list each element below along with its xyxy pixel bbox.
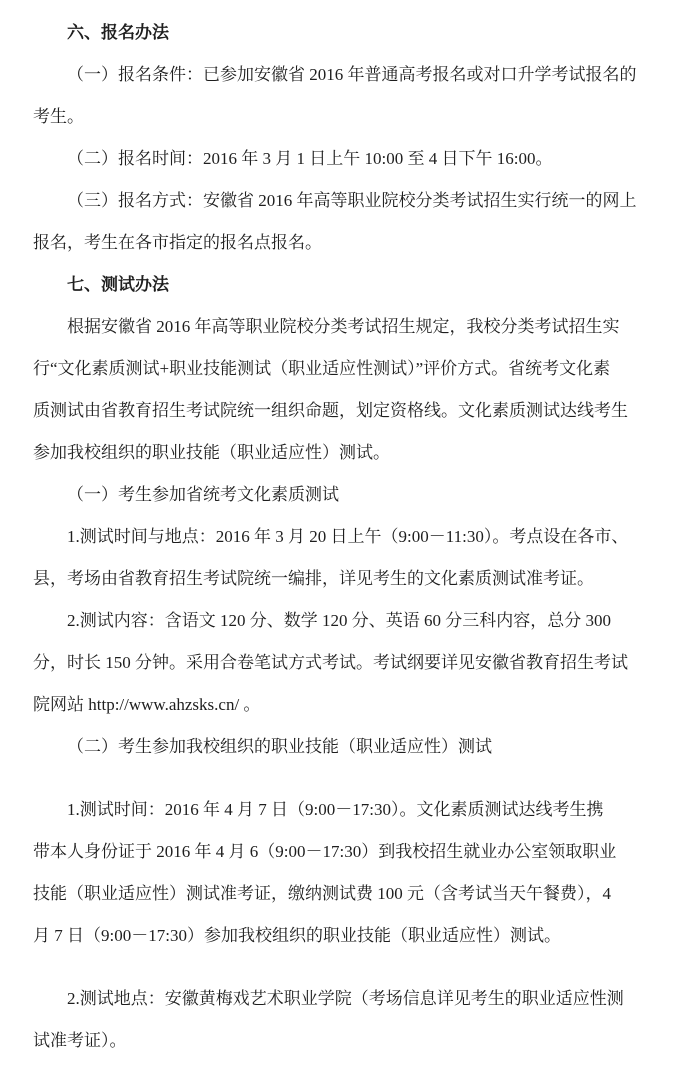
text-line: 1.测试时间与地点：2016 年 3 月 20 日上午（9:00－11:30）。… (33, 516, 672, 558)
text-line: 2.测试地点：安徽黄梅戏艺术职业学院（考场信息详见考生的职业适应性测 (33, 978, 672, 1020)
text-line: 报名，考生在各市指定的报名点报名。 (33, 222, 672, 264)
blank-line (33, 768, 672, 789)
text-line: 参加我校组织的职业技能（职业适应性）测试。 (33, 432, 672, 474)
text-line: 带本人身份证于 2016 年 4 月 6（9:00－17:30）到我校招生就业办… (33, 831, 672, 873)
text-line: （三）报名方式：安徽省 2016 年高等职业院校分类考试招生实行统一的网上 (33, 180, 672, 222)
text-line: （二）考生参加我校组织的职业技能（职业适应性）测试 (33, 726, 672, 768)
text-line: 根据安徽省 2016 年高等职业院校分类考试招生规定，我校分类考试招生实 (33, 306, 672, 348)
document-lines: 六、报名办法（一）报名条件：已参加安徽省 2016 年普通高考报名或对口升学考试… (33, 12, 672, 1062)
text-line: （一）考生参加省统考文化素质测试 (33, 474, 672, 516)
text-line: 2.测试内容：含语文 120 分、数学 120 分、英语 60 分三科内容，总分… (33, 600, 672, 642)
text-line: 质测试由省教育招生考试院统一组织命题，划定资格线。文化素质测试达线考生 (33, 390, 672, 432)
document-page: 六、报名办法（一）报名条件：已参加安徽省 2016 年普通高考报名或对口升学考试… (0, 0, 700, 1071)
text-line: 分，时长 150 分钟。采用合卷笔试方式考试。考试纲要详见安徽省教育招生考试 (33, 642, 672, 684)
text-line: （一）报名条件：已参加安徽省 2016 年普通高考报名或对口升学考试报名的 (33, 54, 672, 96)
section-heading: 七、测试办法 (33, 264, 672, 306)
text-line: 试准考证）。 (33, 1020, 672, 1062)
section-heading: 六、报名办法 (33, 12, 672, 54)
text-line: 月 7 日（9:00－17:30）参加我校组织的职业技能（职业适应性）测试。 (33, 915, 672, 957)
text-line: 1.测试时间：2016 年 4 月 7 日（9:00－17:30）。文化素质测试… (33, 789, 672, 831)
text-line: 院网站 http://www.ahzsks.cn/ 。 (33, 684, 672, 726)
text-line: 考生。 (33, 96, 672, 138)
text-line: 县，考场由省教育招生考试院统一编排，详见考生的文化素质测试准考证。 (33, 558, 672, 600)
blank-line (33, 957, 672, 978)
text-line: 技能（职业适应性）测试准考证，缴纳测试费 100 元（含考试当天午餐费），4 (33, 873, 672, 915)
text-line: 行“文化素质测试+职业技能测试（职业适应性测试）”评价方式。省统考文化素 (33, 348, 672, 390)
text-line: （二）报名时间：2016 年 3 月 1 日上午 10:00 至 4 日下午 1… (33, 138, 672, 180)
